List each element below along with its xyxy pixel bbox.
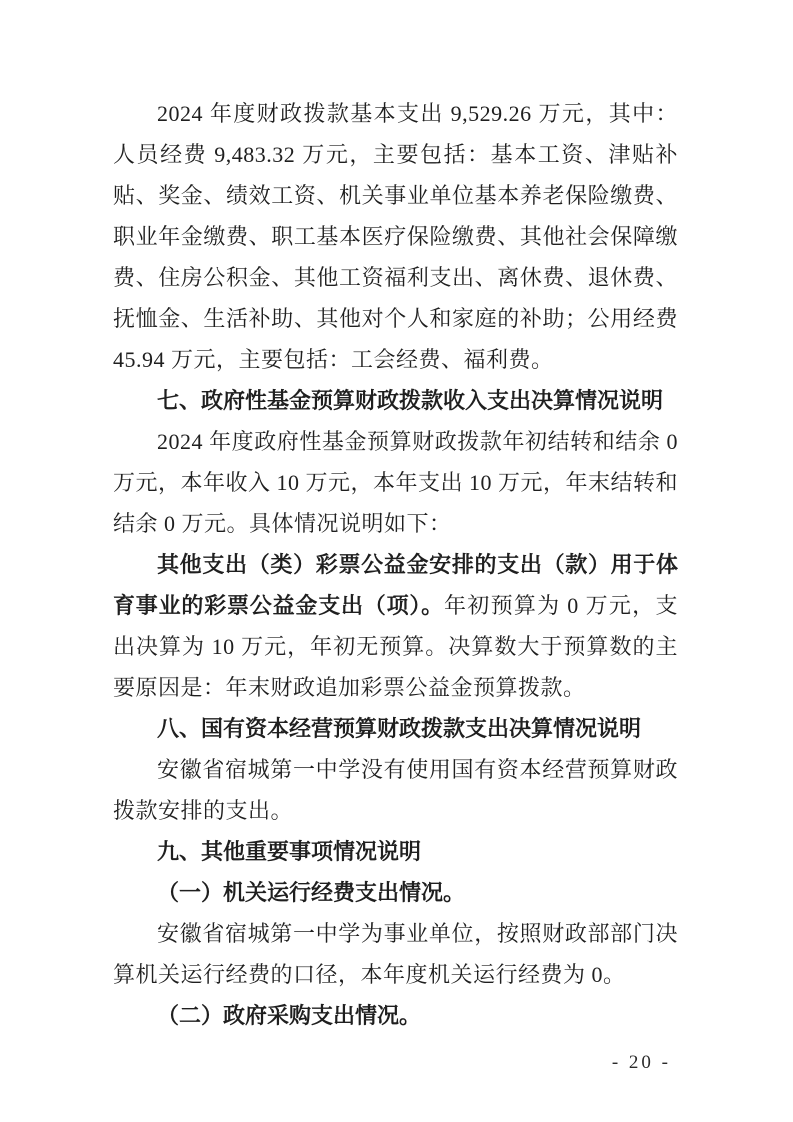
section9-sub2-heading: （二）政府采购支出情况。	[113, 995, 678, 1036]
document-page: 2024 年度财政拨款基本支出 9,529.26 万元，其中：人员经费 9,48…	[0, 0, 793, 1122]
section9-heading: 九、其他重要事项情况说明	[113, 831, 678, 872]
paragraph-basic-expenditure: 2024 年度财政拨款基本支出 9,529.26 万元，其中：人员经费 9,48…	[113, 93, 678, 380]
section7-detail-paragraph: 其他支出（类）彩票公益金安排的支出（款）用于体育事业的彩票公益金支出（项）。年初…	[113, 544, 678, 708]
section8-heading: 八、国有资本经营预算财政拨款支出决算情况说明	[113, 708, 678, 749]
section8-paragraph: 安徽省宿城第一中学没有使用国有资本经营预算财政拨款安排的支出。	[113, 749, 678, 831]
page-number: - 20 -	[612, 1052, 671, 1074]
section7-paragraph: 2024 年度政府性基金预算财政拨款年初结转和结余 0 万元，本年收入 10 万…	[113, 421, 678, 544]
document-body: 2024 年度财政拨款基本支出 9,529.26 万元，其中：人员经费 9,48…	[113, 93, 678, 1036]
section9-sub1-paragraph: 安徽省宿城第一中学为事业单位，按照财政部部门决算机关运行经费的口径，本年度机关运…	[113, 913, 678, 995]
section7-heading: 七、政府性基金预算财政拨款收入支出决算情况说明	[113, 380, 678, 421]
section9-sub1-heading: （一）机关运行经费支出情况。	[113, 872, 678, 913]
